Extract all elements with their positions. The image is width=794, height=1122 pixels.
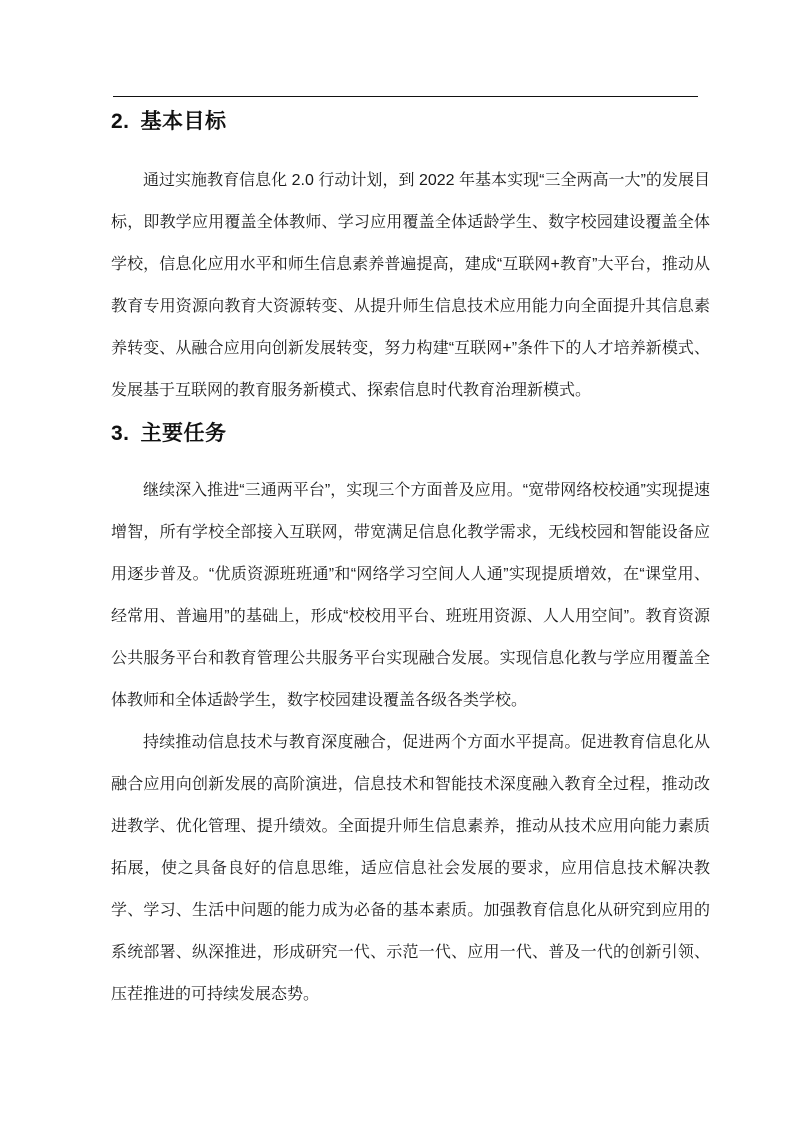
heading-title: 基本目标 <box>141 110 227 133</box>
body-paragraph: 继续深入推进“三通两平台”，实现三个方面普及应用。“宽带网络校校通”实现提速增智… <box>111 470 710 722</box>
heading-title: 主要任务 <box>141 422 227 445</box>
body-paragraph: 持续推动信息技术与教育深度融合，促进两个方面水平提高。促进教育信息化从融合应用向… <box>111 722 710 1016</box>
heading-number: 3. <box>111 422 130 445</box>
page-content: 2.基本目标 通过实施教育信息化 2.0 行动计划，到 2022 年基本实现“三… <box>111 108 710 1016</box>
body-paragraph: 通过实施教育信息化 2.0 行动计划，到 2022 年基本实现“三全两高一大”的… <box>111 160 710 412</box>
section-heading-basic-goals: 2.基本目标 <box>111 108 710 136</box>
section-basic-goals: 2.基本目标 通过实施教育信息化 2.0 行动计划，到 2022 年基本实现“三… <box>111 108 710 412</box>
document-page: 2.基本目标 通过实施教育信息化 2.0 行动计划，到 2022 年基本实现“三… <box>0 0 794 1122</box>
header-divider-rule <box>113 96 698 97</box>
heading-number: 2. <box>111 110 130 133</box>
section-main-tasks: 3.主要任务 继续深入推进“三通两平台”，实现三个方面普及应用。“宽带网络校校通… <box>111 420 710 1016</box>
section-heading-main-tasks: 3.主要任务 <box>111 420 710 448</box>
